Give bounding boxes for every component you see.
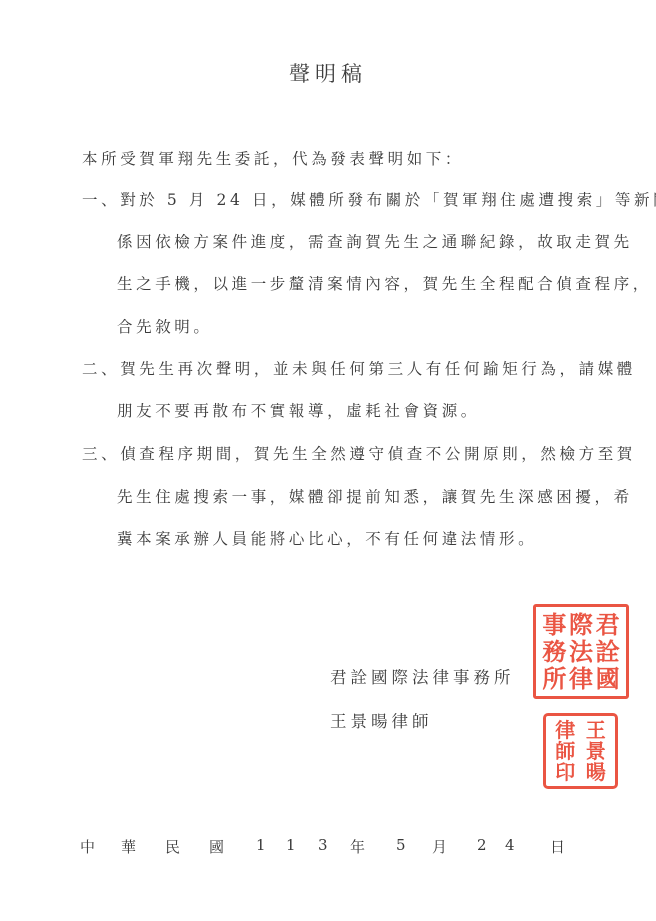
date-char: 華 (121, 836, 136, 857)
lawyer-seal-stamp: 王 景 暘 律 師 印 (543, 713, 618, 789)
seal-char: 師 (550, 740, 581, 761)
seal-char: 王 (581, 719, 612, 740)
item-2-line-1: 二、賀先生再次聲明，並未與任何第三人有任何踰矩行為，請媒體 (82, 359, 636, 379)
date-char: 1 (256, 836, 266, 854)
item-1-line-3: 生之手機，以進一步釐清案情內容，賀先生全程配合偵查程序， (117, 274, 652, 294)
seal-char: 君 (594, 611, 621, 638)
date-char: 1 (286, 836, 296, 854)
date-char: 月 (432, 836, 447, 857)
seal-char: 所 (541, 665, 568, 692)
seal-char: 印 (550, 762, 581, 783)
statement-page: 聲明稿 本所受賀軍翔先生委託，代為發表聲明如下： 一、對於 5 月 24 日，媒… (0, 0, 656, 921)
seal-char: 詮 (594, 638, 621, 665)
item-1-line-2: 係因依檢方案件進度，需查詢賀先生之通聯紀錄，故取走賀先 (117, 232, 633, 252)
signature-lawyer: 王景暘律師 (330, 708, 433, 732)
item-3-line-2: 先生住處搜索一事，媒體卻提前知悉，讓賀先生深感困擾，希 (117, 487, 633, 507)
item-3-line-1: 三、偵查程序期間，賀先生全然遵守偵查不公開原則，然檢方至賀 (82, 444, 636, 464)
item-1-line-1: 一、對於 5 月 24 日，媒體所發布關於「賀軍翔住處遭搜索」等新聞， (82, 190, 656, 210)
item-1-line-4: 合先敘明。 (117, 317, 213, 337)
item-3-line-3: 冀本案承辦人員能將心比心，不有任何違法情形。 (117, 529, 537, 549)
date-char: 中 (80, 836, 95, 857)
seal-char: 景 (581, 740, 612, 761)
document-title: 聲明稿 (0, 58, 656, 88)
document-date: 中 華 民 國 1 1 3 年 5 月 2 4 日 (80, 836, 580, 856)
item-2-line-2: 朋友不要再散布不實報導，虛耗社會資源。 (117, 401, 480, 421)
firm-seal-stamp: 君 詮 國 際 法 律 事 務 所 (533, 604, 629, 699)
date-char: 2 (477, 836, 487, 854)
date-char: 3 (318, 836, 328, 854)
intro-paragraph: 本所受賀軍翔先生委託，代為發表聲明如下： (82, 149, 464, 169)
date-char: 5 (396, 836, 406, 854)
seal-char: 際 (568, 611, 595, 638)
seal-char: 暘 (581, 762, 612, 783)
date-char: 民 (165, 836, 180, 857)
seal-char: 律 (550, 719, 581, 740)
date-char: 日 (550, 836, 565, 857)
signature-firm: 君詮國際法律事務所 (330, 664, 515, 688)
date-char: 國 (209, 836, 224, 857)
date-char: 年 (350, 836, 365, 857)
date-char: 4 (505, 836, 515, 854)
seal-char: 事 (541, 611, 568, 638)
seal-char: 法 (568, 638, 595, 665)
seal-char: 務 (541, 638, 568, 665)
seal-char: 國 (594, 665, 621, 692)
seal-char: 律 (568, 665, 595, 692)
